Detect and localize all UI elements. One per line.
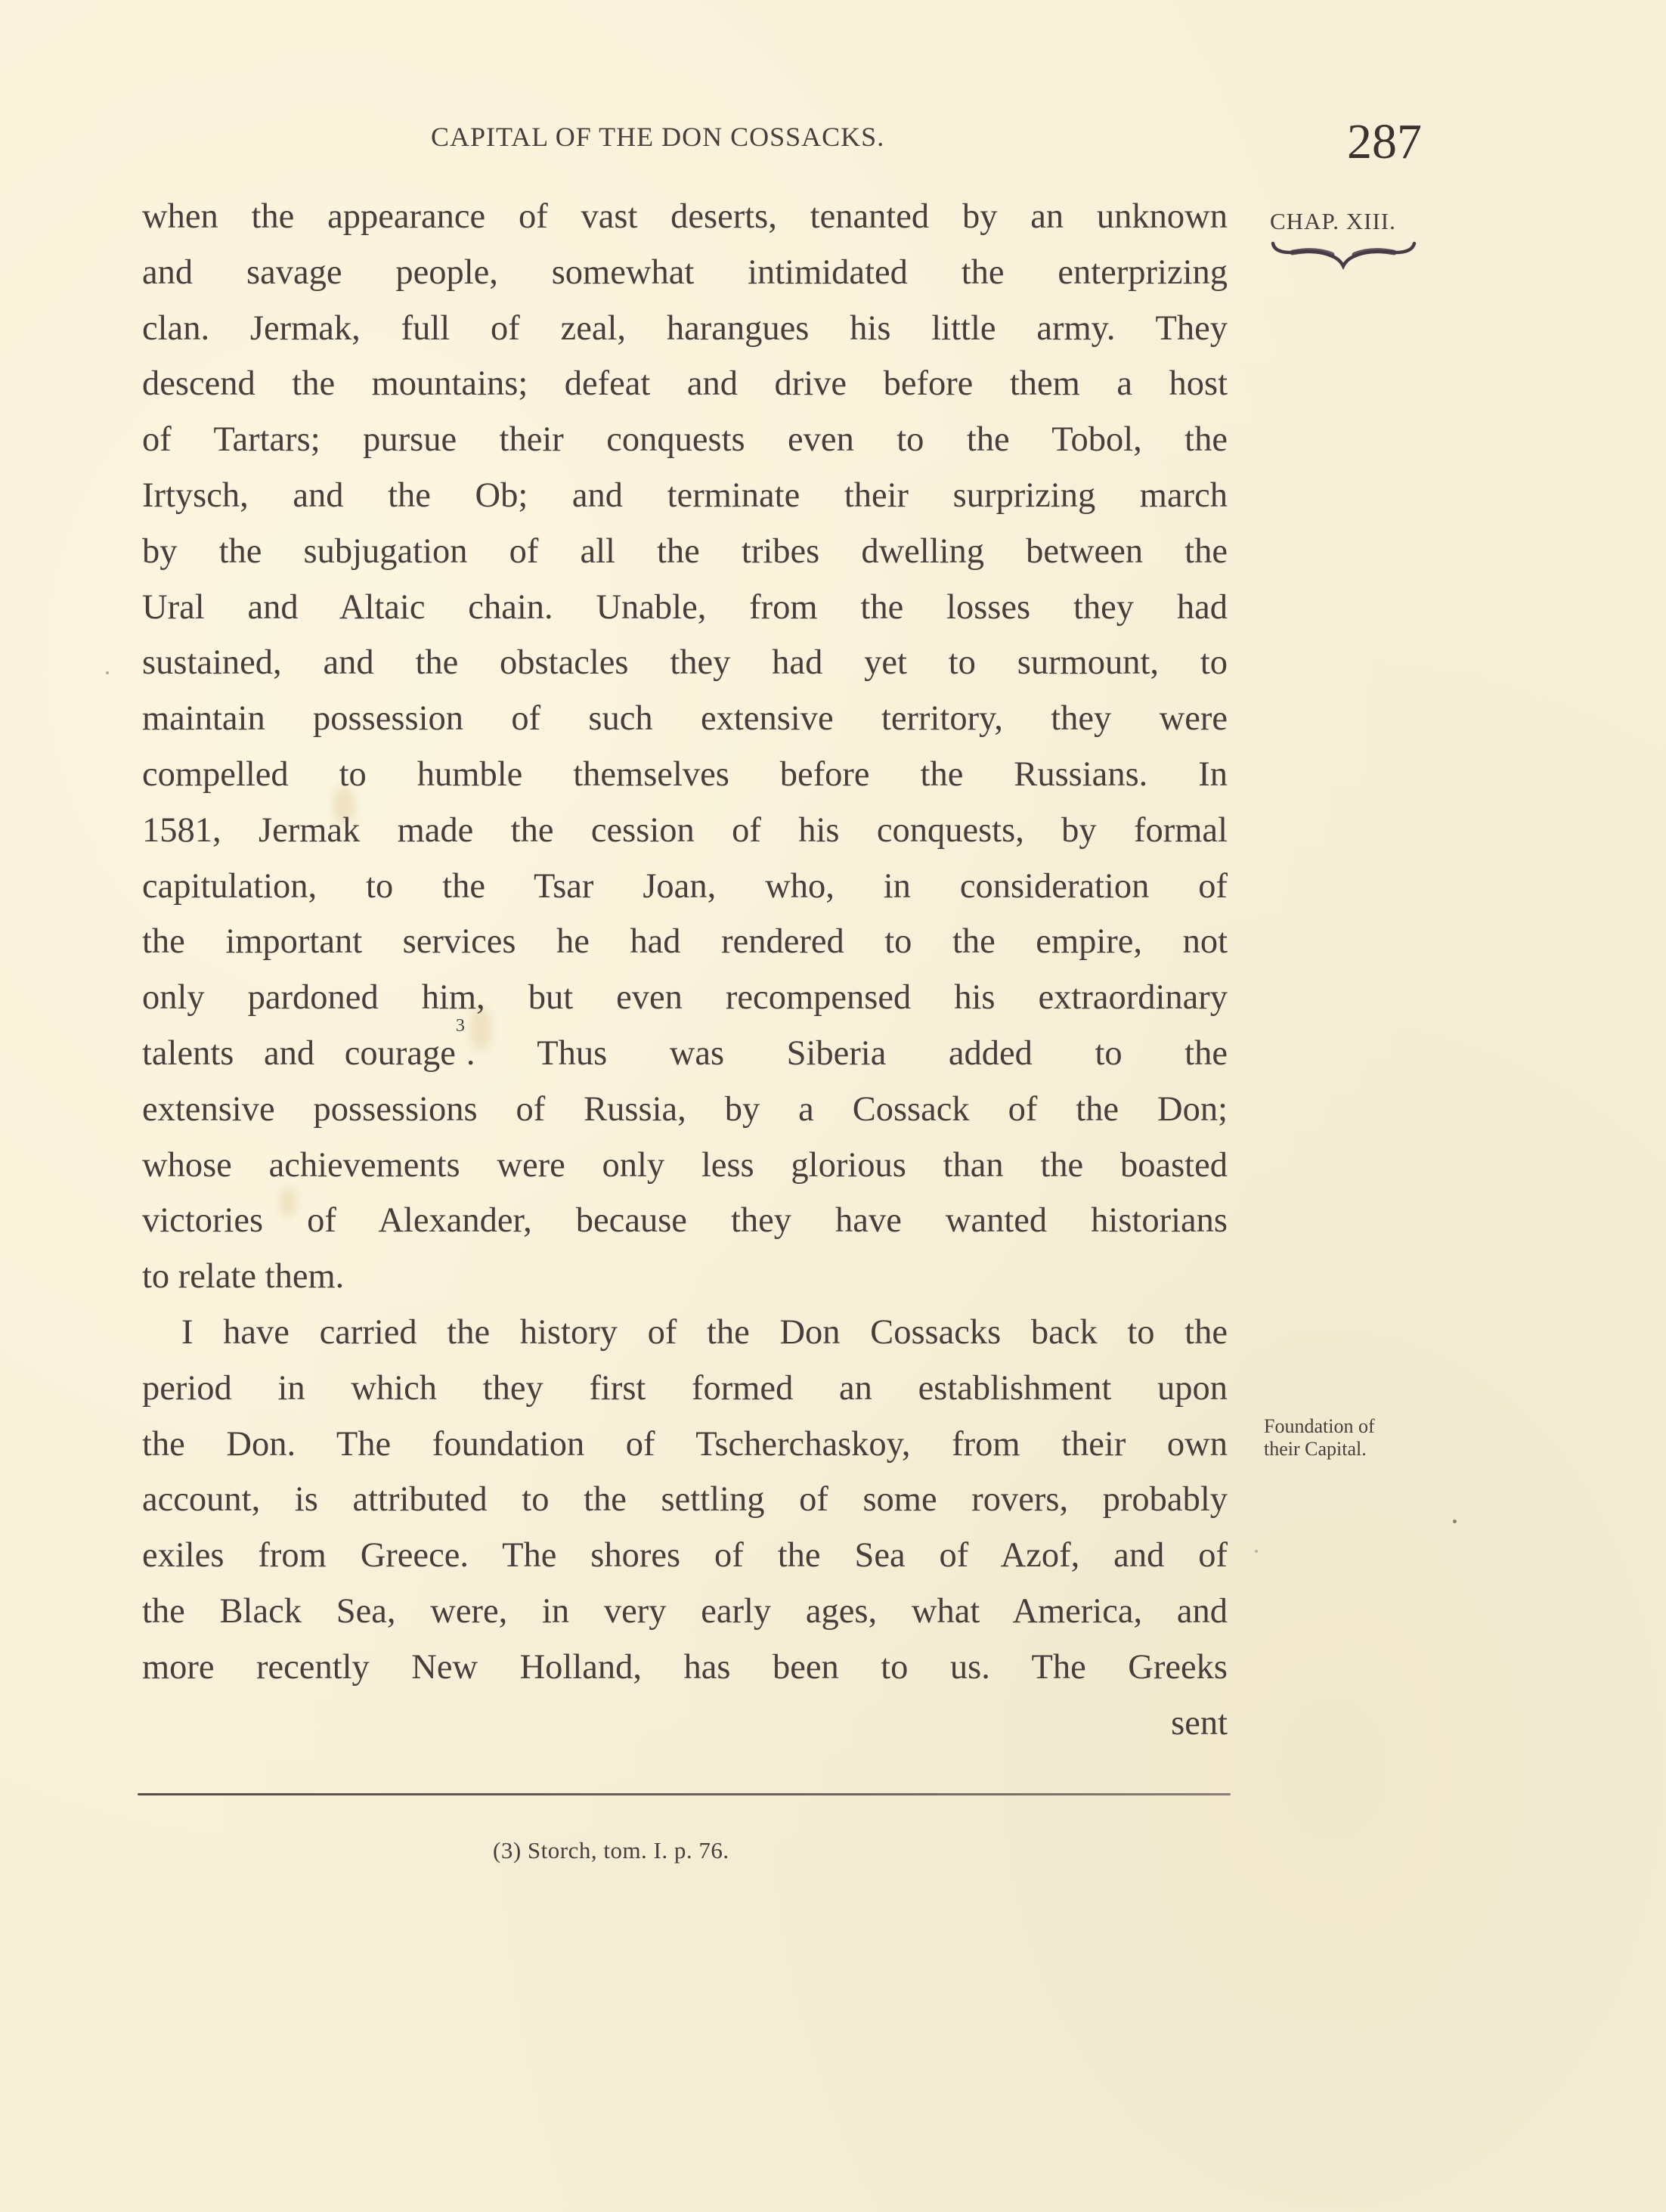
text-segment: talents and courage3 <box>142 1026 465 1082</box>
text-line: more recently New Holland, has been to u… <box>142 1640 1228 1696</box>
text-line: compelled to humble themselves before th… <box>142 747 1228 803</box>
text-line: descend the mountains; defeat and drive … <box>142 356 1228 412</box>
text-line: talents and courage3 . Thus was Siberia … <box>142 1026 1228 1082</box>
text-line: and savage people, somewhat intimidated … <box>142 245 1228 301</box>
text-line: exiles from Greece. The shores of the Se… <box>142 1528 1228 1584</box>
chapter-label: CHAP. XIII. <box>1270 208 1396 235</box>
text-line: to relate them. <box>142 1249 1228 1305</box>
book-page: CAPITAL OF THE DON COSSACKS. 287 CHAP. X… <box>0 0 1666 2212</box>
brace-ornament-icon <box>1270 240 1417 271</box>
text-line: the Don. The foundation of Tscherchaskoy… <box>142 1417 1228 1473</box>
text-line: period in which they first formed an est… <box>142 1361 1228 1417</box>
paragraph-start-line: I have carried the history of the Don Co… <box>142 1305 1228 1361</box>
catchword: sent <box>142 1696 1228 1752</box>
text-line: victories of Alexander, because they hav… <box>142 1193 1228 1249</box>
text-line: Irtysch, and the Ob; and terminate their… <box>142 468 1228 524</box>
text-line: 1581, Jermak made the cession of his con… <box>142 803 1228 859</box>
text-line: maintain possession of such extensive te… <box>142 691 1228 747</box>
text-line: the important services he had rendered t… <box>142 914 1228 970</box>
text-line: only pardoned him, but even recompensed … <box>142 970 1228 1026</box>
page-number: 287 <box>1347 113 1422 171</box>
paper-speck <box>106 671 109 674</box>
text-line: account, is attributed to the settling o… <box>142 1472 1228 1528</box>
margin-note-line: their Capital. <box>1264 1438 1375 1461</box>
text-line: by the subjugation of all the tribes dwe… <box>142 524 1228 580</box>
text-segment-text: . Thus was Siberia added to the <box>465 1026 1228 1082</box>
text-segment-text: talents and courage <box>142 1026 456 1082</box>
paper-speck <box>1255 1550 1258 1553</box>
text-line: whose achievements were only less glorio… <box>142 1138 1228 1194</box>
text-line: the Black Sea, were, in very early ages,… <box>142 1584 1228 1640</box>
text-line: extensive possessions of Russia, by a Co… <box>142 1082 1228 1138</box>
paper-speck <box>1453 1520 1457 1523</box>
text-line: Ural and Altaic chain. Unable, from the … <box>142 580 1228 636</box>
running-title: CAPITAL OF THE DON COSSACKS. <box>431 121 884 153</box>
margin-note-line: Foundation of <box>1264 1415 1375 1438</box>
text-line: of Tartars; pursue their conquests even … <box>142 412 1228 468</box>
footnote: (3) Storch, tom. I. p. 76. <box>493 1837 729 1864</box>
text-line: sustained, and the obstacles they had ye… <box>142 635 1228 691</box>
footnote-ref: 3 <box>456 1026 465 1082</box>
text-line: capitulation, to the Tsar Joan, who, in … <box>142 859 1228 915</box>
text-line: clan. Jermak, full of zeal, harangues hi… <box>142 301 1228 357</box>
body-text: when the appearance of vast deserts, ten… <box>142 189 1228 1751</box>
footnote-rule <box>138 1793 1231 1795</box>
margin-note: Foundation of their Capital. <box>1264 1415 1375 1461</box>
text-line: when the appearance of vast deserts, ten… <box>142 189 1228 245</box>
